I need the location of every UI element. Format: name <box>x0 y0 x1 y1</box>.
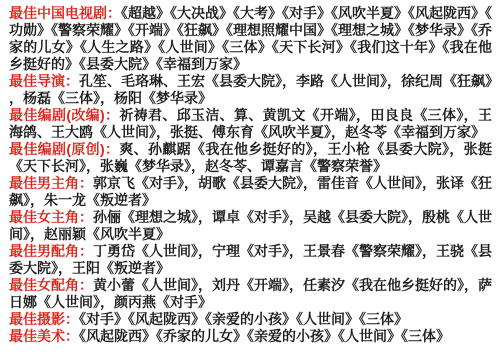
award-category-label: 最佳编剧(原创)： <box>9 141 119 157</box>
award-category-label: 最佳摄影： <box>9 311 79 327</box>
award-section-best-director: 最佳导演：孔笙、毛珞琳、王宏《县委大院》，李路《人世间》，徐纪周《狂飙》，杨磊《… <box>9 73 492 107</box>
award-section-best-art-direction: 最佳美术：《风起陇西》《乔家的儿女》《亲爱的小孩》《人世间》《三体》 <box>9 328 492 345</box>
award-section-best-actress: 最佳女主角：孙俪《理想之城》，谭卓《对手》，吴越《县委大院》，殷桃《人世间》，赵… <box>9 209 492 243</box>
award-nominees: 《对手》《风起陇西》《亲爱的小孩》《人世间》《三体》 <box>79 311 408 327</box>
award-category-label: 最佳中国电视剧： <box>9 5 121 21</box>
award-category-label: 最佳编剧(改编)： <box>9 107 119 123</box>
award-category-label: 最佳美术： <box>9 328 79 344</box>
award-section-best-drama: 最佳中国电视剧：《超越》《大决战》《大考》《对手》《风吹半夏》《风起陇西》《功勋… <box>9 5 492 73</box>
award-nominees: 《风起陇西》《乔家的儿女》《亲爱的小孩》《人世间》《三体》 <box>79 328 450 344</box>
award-section-best-supporting-actress: 最佳女配角：黄小蕾《人世间》，刘丹《开端》，任素汐《我在他乡挺好的》，萨日娜《人… <box>9 277 492 311</box>
award-nominations-document: 最佳中国电视剧：《超越》《大决战》《大考》《对手》《风吹半夏》《风起陇西》《功勋… <box>0 0 499 361</box>
award-section-best-original-screenplay: 最佳编剧(原创)：爽、孙麒踞《我在他乡挺好的》，王小枪《县委大院》，张挺《天下长… <box>9 141 492 175</box>
award-section-best-adapted-screenplay: 最佳编剧(改编)：祈祷君、邱玉洁、算、黄凯文《开端》，田良良《三体》，王海鸽、王… <box>9 107 492 141</box>
award-category-label: 最佳导演： <box>9 73 79 89</box>
award-section-best-supporting-actor: 最佳男配角：丁勇岱《人世间》，宁理《对手》，王景春《警察荣耀》，王骁《县委大院》… <box>9 243 492 277</box>
award-category-label: 最佳女配角： <box>9 277 93 293</box>
award-category-label: 最佳男配角： <box>9 243 93 259</box>
award-section-best-cinematography: 最佳摄影：《对手》《风起陇西》《亲爱的小孩》《人世间》《三体》 <box>9 311 492 328</box>
award-section-best-actor: 最佳男主角：郭京飞《对手》，胡歌《县委大院》，雷佳音《人世间》，张译《狂飙》，朱… <box>9 175 492 209</box>
award-nominees: 孔笙、毛珞琳、王宏《县委大院》，李路《人世间》，徐纪周《狂飙》，杨磊《三体》，杨… <box>9 73 492 106</box>
award-category-label: 最佳女主角： <box>9 209 93 225</box>
award-category-label: 最佳男主角： <box>9 175 93 191</box>
